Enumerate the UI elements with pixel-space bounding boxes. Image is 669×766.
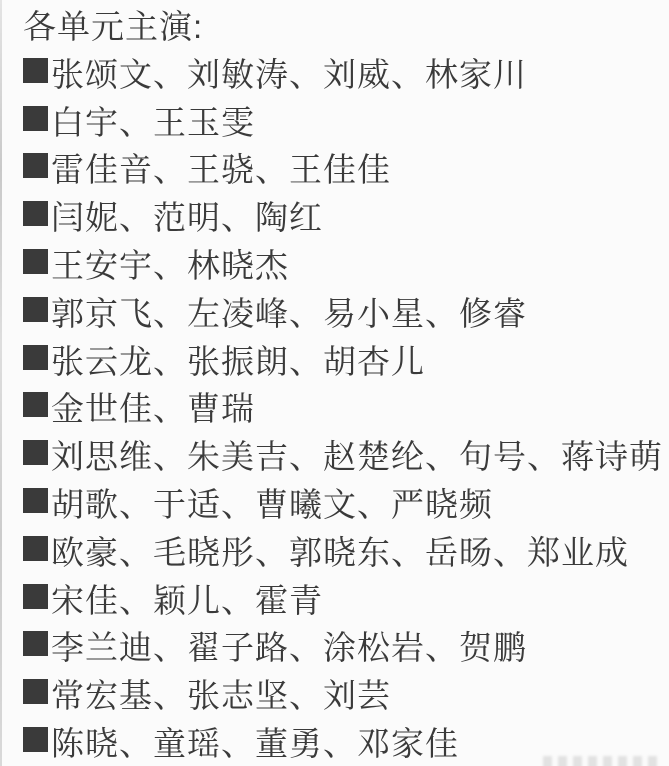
cast-line: 闫妮、范明、陶红 xyxy=(23,194,669,242)
cast-line: 胡歌、于适、曹曦文、严晓频 xyxy=(23,481,669,529)
cast-names: 闫妮、范明、陶红 xyxy=(51,199,323,236)
cast-list: 张颂文、刘敏涛、刘威、林家川 白宇、王玉雯 雷佳音、王骁、王佳佳 闫妮、范明、陶… xyxy=(23,51,669,766)
bullet-square-icon xyxy=(23,536,48,561)
bullet-square-icon xyxy=(23,106,48,131)
cast-names: 雷佳音、王骁、王佳佳 xyxy=(51,151,391,188)
cast-names: 金世佳、曹瑞 xyxy=(51,390,255,427)
bullet-square-icon xyxy=(23,440,48,465)
cast-line: 宋佳、颖儿、霍青 xyxy=(23,577,669,625)
bullet-square-icon xyxy=(23,679,48,704)
bullet-square-icon xyxy=(23,631,48,656)
cast-names: 胡歌、于适、曹曦文、严晓频 xyxy=(51,486,493,523)
bullet-square-icon xyxy=(23,345,48,370)
bullet-square-icon xyxy=(23,584,48,609)
bullet-square-icon xyxy=(23,488,48,513)
cast-list-page: 各单元主演: 张颂文、刘敏涛、刘威、林家川 白宇、王玉雯 雷佳音、王骁、王佳佳 … xyxy=(0,0,669,766)
bullet-square-icon xyxy=(23,297,48,322)
cast-names: 郭京飞、左凌峰、易小星、修睿 xyxy=(51,295,527,332)
cast-names: 刘思维、朱美吉、赵楚纶、句号、蒋诗萌 xyxy=(51,438,663,475)
bullet-square-icon xyxy=(23,58,48,83)
cast-names: 李兰迪、翟子路、涂松岩、贺鹏 xyxy=(51,629,527,666)
cast-names: 宋佳、颖儿、霍青 xyxy=(51,582,323,619)
cast-line: 刘思维、朱美吉、赵楚纶、句号、蒋诗萌 xyxy=(23,433,669,481)
watermark xyxy=(543,756,661,766)
bullet-square-icon xyxy=(23,392,48,417)
cast-line: 郭京飞、左凌峰、易小星、修睿 xyxy=(23,290,669,338)
cast-line: 常宏基、张志坚、刘芸 xyxy=(23,672,669,720)
cast-line: 金世佳、曹瑞 xyxy=(23,385,669,433)
cast-names: 张颂文、刘敏涛、刘威、林家川 xyxy=(51,56,527,93)
cast-names: 张云龙、张振朗、胡杏儿 xyxy=(51,343,425,380)
cast-line: 李兰迪、翟子路、涂松岩、贺鹏 xyxy=(23,624,669,672)
bullet-square-icon xyxy=(23,153,48,178)
cast-names: 白宇、王玉雯 xyxy=(51,104,255,141)
bullet-square-icon xyxy=(23,201,48,226)
cast-line: 欧豪、毛晓彤、郭晓东、岳旸、郑业成 xyxy=(23,529,669,577)
cast-line: 白宇、王玉雯 xyxy=(23,99,669,147)
cast-line: 雷佳音、王骁、王佳佳 xyxy=(23,146,669,194)
cast-names: 欧豪、毛晓彤、郭晓东、岳旸、郑业成 xyxy=(51,534,629,571)
left-edge-shadow xyxy=(0,0,2,766)
cast-names: 陈晓、童瑶、董勇、邓家佳 xyxy=(51,725,459,762)
page-title: 各单元主演: xyxy=(23,3,669,51)
bullet-square-icon xyxy=(23,249,48,274)
cast-line: 张云龙、张振朗、胡杏儿 xyxy=(23,338,669,386)
cast-names: 常宏基、张志坚、刘芸 xyxy=(51,677,391,714)
cast-line: 张颂文、刘敏涛、刘威、林家川 xyxy=(23,51,669,99)
bullet-square-icon xyxy=(23,727,48,752)
cast-names: 王安宇、林晓杰 xyxy=(51,247,289,284)
cast-line: 王安宇、林晓杰 xyxy=(23,242,669,290)
